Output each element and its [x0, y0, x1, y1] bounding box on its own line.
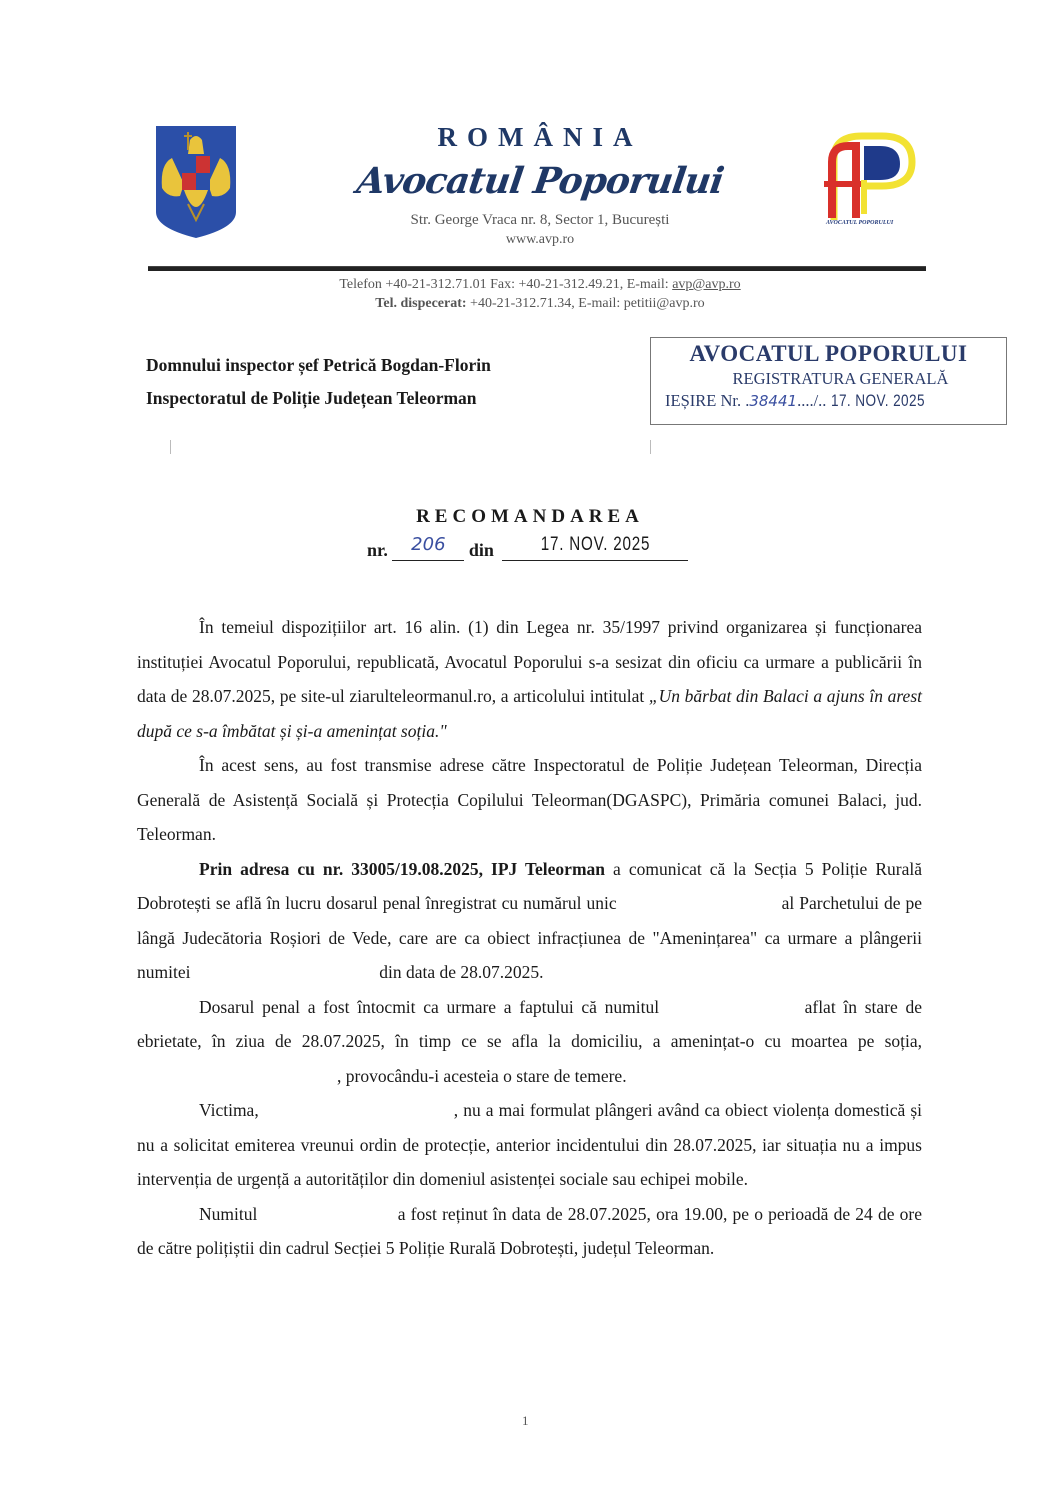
paragraph-ipj-response: Prin adresa cu nr. 33005/19.08.2025, IPJ…	[137, 852, 922, 990]
registry-stamp: AVOCATUL POPORULUI REGISTRATURA GENERALĂ…	[650, 337, 1007, 425]
page-number: 1	[522, 1413, 529, 1429]
nr-field: 206	[392, 534, 464, 561]
addressee-block: Domnului inspector șef Petrică Bogdan-Fl…	[146, 349, 491, 415]
avp-logo-icon	[812, 128, 922, 228]
document-number-line: nr. 206 din 17. NOV. 2025	[367, 534, 688, 561]
stamp-subtitle: REGISTRATURA GENERALĂ	[679, 368, 1002, 390]
paragraph-detention: Numitul a fost reținut în data de 28.07.…	[137, 1197, 922, 1266]
stamp-exit-label: IEȘIRE Nr. .	[665, 391, 749, 410]
contact-line-1: Telefon +40-21-312.71.01 Fax: +40-21-312…	[150, 277, 930, 293]
scan-mark	[170, 440, 171, 454]
dispatch-contact: +40-21-312.71.34, E-mail: petitii@avp.ro	[467, 296, 705, 311]
contact-line-2: Tel. dispecerat: +40-21-312.71.34, E-mai…	[150, 296, 930, 312]
paragraph-victim: Victima, , nu a mai formulat plângeri av…	[137, 1093, 922, 1197]
stamp-date: 17. NOV. 2025	[831, 390, 925, 412]
addressee-name: Domnului inspector șef Petrică Bogdan-Fl…	[146, 349, 491, 382]
country-heading: ROMÂNIA	[340, 122, 740, 153]
paragraph-addresses: În acest sens, au fost transmise adrese …	[137, 748, 922, 852]
header-divider	[148, 266, 926, 271]
romania-coat-of-arms-icon	[154, 124, 238, 240]
date-field: 17. NOV. 2025	[502, 534, 688, 561]
date-value: 17. NOV. 2025	[541, 534, 651, 556]
dispatch-label: Tel. dispecerat:	[375, 296, 466, 311]
institution-address: Str. George Vraca nr. 8, Sector 1, Bucur…	[330, 212, 750, 229]
addressee-institution: Inspectoratul de Poliție Județean Teleor…	[146, 382, 491, 415]
email-link[interactable]: avp@avp.ro	[672, 277, 740, 292]
stamp-exit-row: IEȘIRE Nr. .38441..../.. 17. NOV. 2025	[655, 390, 1002, 412]
institution-name: Avocatul Poporului	[297, 160, 783, 202]
avp-logo-caption: AVOCATUL POPORULUI	[826, 220, 926, 226]
paragraph-legal-basis: În temeiul dispozițiilor art. 16 alin. (…	[137, 610, 922, 748]
document-body: În temeiul dispozițiilor art. 16 alin. (…	[137, 610, 922, 1266]
institution-website[interactable]: www.avp.ro	[330, 232, 750, 248]
stamp-separator: ..../..	[797, 391, 826, 410]
contact-phone-fax: Telefon +40-21-312.71.01 Fax: +40-21-312…	[339, 277, 672, 292]
stamp-exit-number: 38441	[749, 392, 797, 410]
din-label: din	[469, 540, 494, 560]
stamp-title: AVOCATUL POPORULUI	[655, 340, 1002, 368]
document-title: RECOMANDAREA	[380, 506, 680, 528]
nr-value: 206	[411, 534, 445, 555]
scan-mark	[650, 440, 651, 454]
nr-label: nr.	[367, 540, 388, 560]
paragraph-case-facts: Dosarul penal a fost întocmit ca urmare …	[137, 990, 922, 1094]
